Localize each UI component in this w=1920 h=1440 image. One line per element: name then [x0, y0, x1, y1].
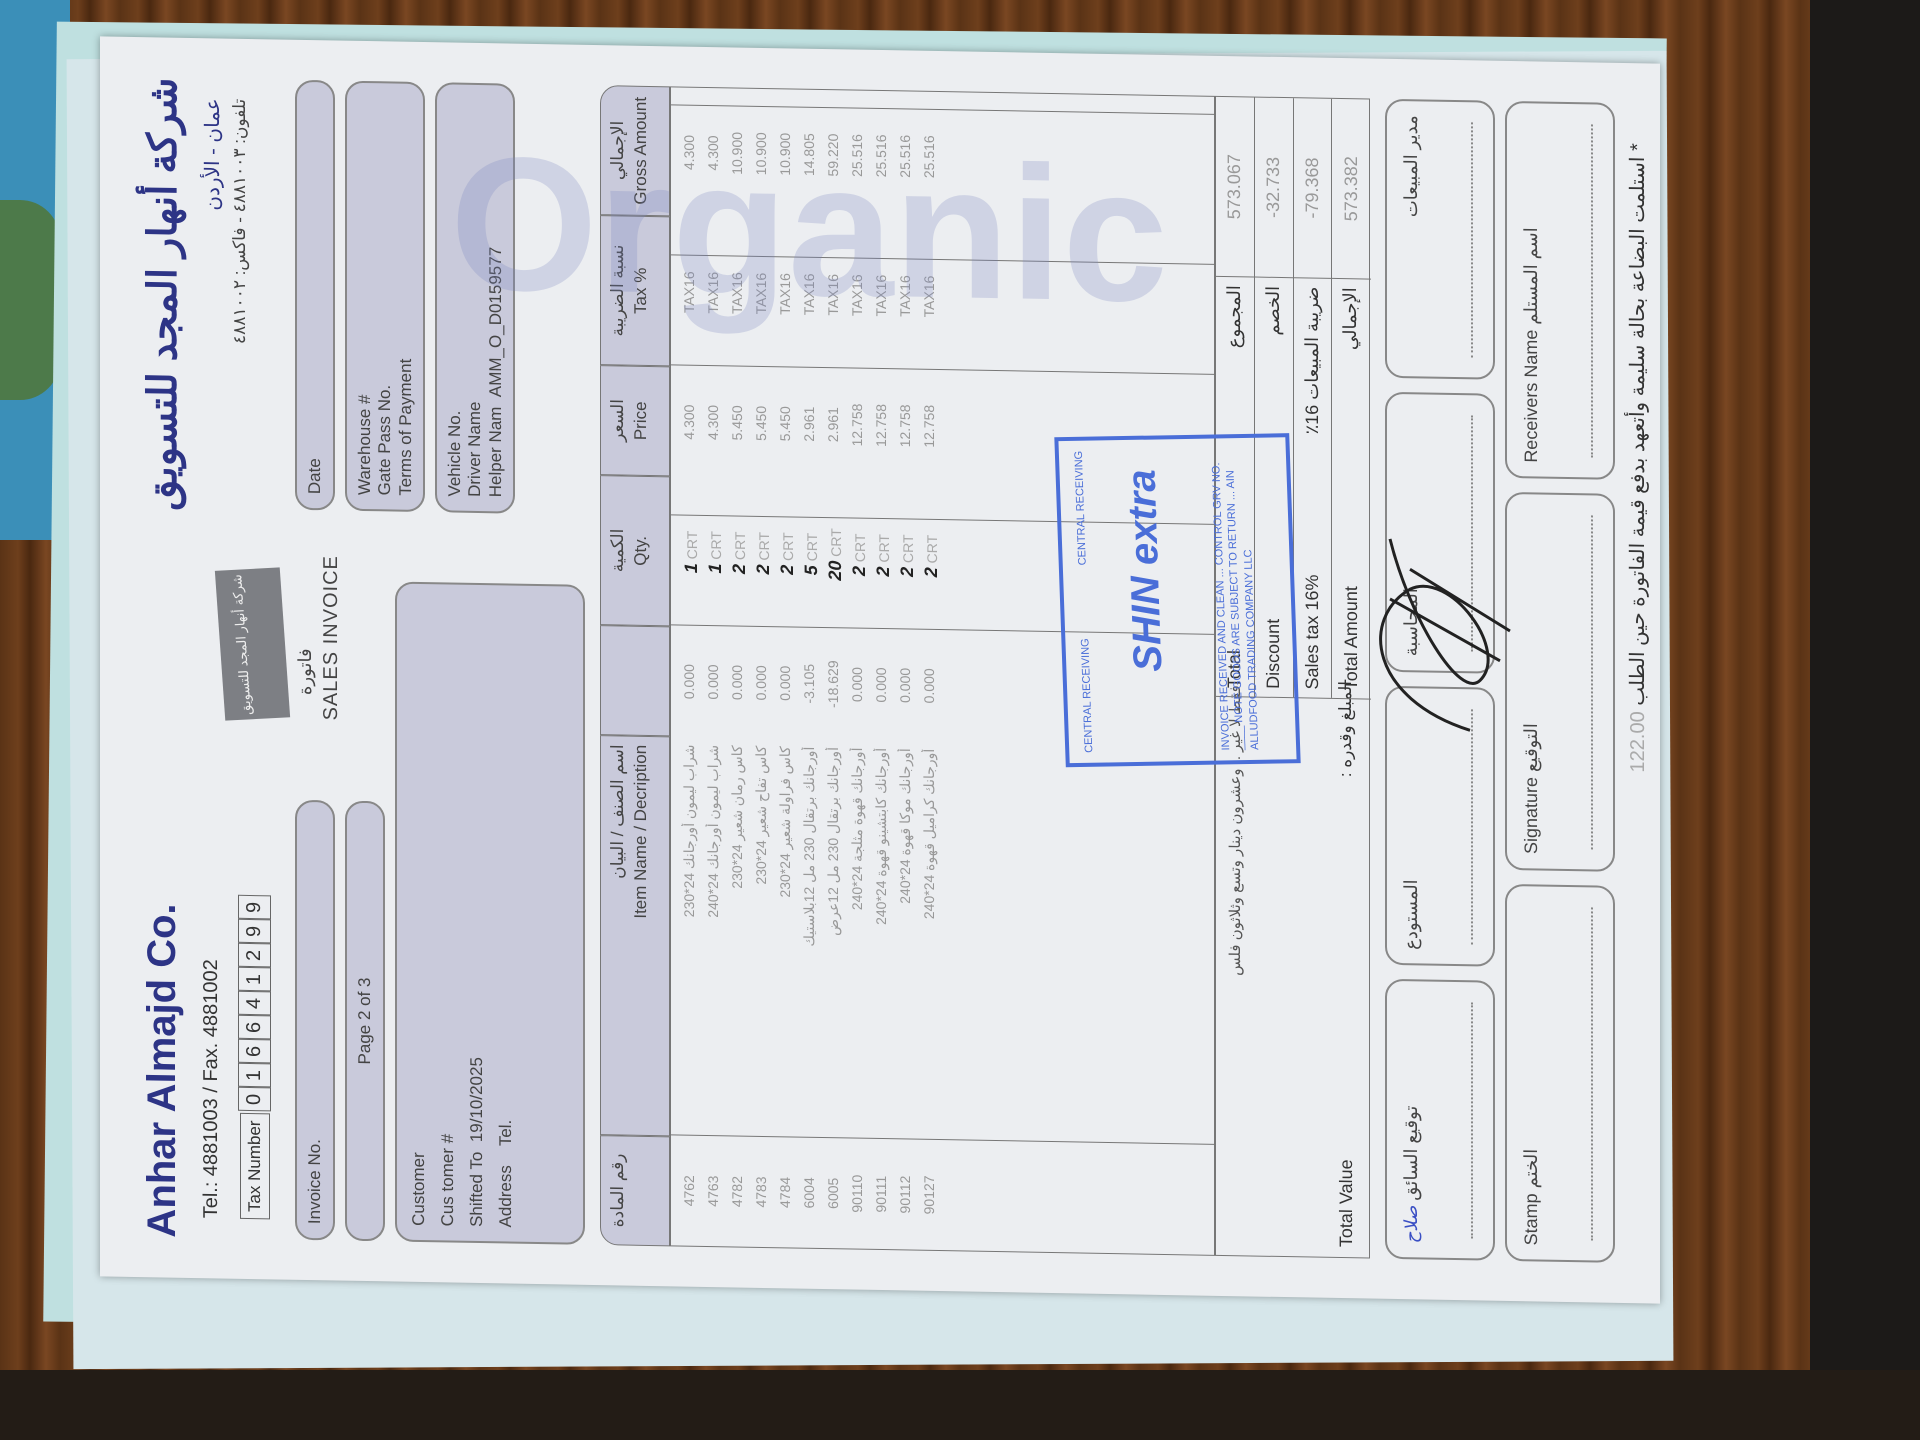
cell-name: أورجانك كراميل قهوة 24*240 — [921, 741, 945, 1141]
col-label-ar: الكمية — [607, 476, 630, 624]
driver-signature-box: توقيع السائق صلاح — [1385, 979, 1495, 1260]
cell-code: 4763 — [705, 1136, 729, 1246]
page-text: Page 2 of 3 — [355, 977, 374, 1064]
stamp-label: Stamp — [1521, 1193, 1541, 1245]
date-label: Date — [305, 458, 324, 494]
background-green-object — [0, 200, 60, 400]
invoice-photo: Anhar Almajd Co. شركة أنهار المجد للتسوي… — [90, 20, 1670, 1320]
cell-name: كاس فراولة شعير 24*230 — [777, 738, 801, 1138]
total-amount-label-ar: الإجمالي — [1332, 278, 1371, 479]
cell-code: 6004 — [801, 1138, 825, 1248]
tax-digit: 1 — [238, 1063, 271, 1088]
col-label-en: Price — [630, 367, 653, 475]
tax-number: Tax Number 0 1 6 6 4 1 2 9 9 — [238, 895, 271, 1219]
tax-digit: 9 — [238, 895, 271, 920]
cell-price: 12.758 — [849, 370, 873, 480]
invoice-number-field: Invoice No. — [295, 800, 335, 1241]
col-price: السعرPrice — [600, 365, 670, 476]
amount-in-words: فقط لا غير .. وعشرون دينار وتسع وثلاثون … — [1226, 685, 1244, 1245]
cell-qty: 5 CRT — [801, 479, 825, 629]
invoice-sheet: Anhar Almajd Co. شركة أنهار المجد للتسوي… — [100, 36, 1660, 1303]
cell-price: 12.758 — [873, 370, 897, 480]
stamp-brand: SHIN extra — [1119, 469, 1171, 672]
helper-label: Helper Nam — [486, 406, 505, 497]
stamp-label-right: CENTRAL RECEIVING — [1073, 451, 1089, 566]
cell-qty: 2 CRT — [753, 478, 777, 628]
cell-disc: 0.000 — [873, 630, 897, 740]
cell-qty: 1 CRT — [705, 477, 729, 627]
receiver-name-label-ar: اسم المستلم — [1521, 227, 1541, 325]
desk-dark-area — [1810, 0, 1920, 1440]
cell-name: أورجانك برتقال 230 مل 12بلاستيك — [801, 738, 825, 1138]
page-indicator: Page 2 of 3 — [345, 801, 385, 1242]
warehouse-info: Warehouse # Gate Pass No. Terms of Payme… — [345, 81, 425, 512]
tax-digit: 6 — [238, 1015, 271, 1040]
sales-manager-signature-box: مدير المبيعات — [1385, 99, 1495, 380]
cell-price: 5.450 — [729, 368, 753, 478]
cell-disc: -3.105 — [801, 629, 825, 739]
tax-digit: 4 — [238, 991, 271, 1016]
stamp-note: INVOICE RECEIVED AND CLEAN ... CONTROL G… — [1208, 438, 1262, 751]
sales-tax-value: -79.368 — [1302, 98, 1323, 277]
gate-pass-label: Gate Pass No. — [375, 97, 395, 495]
company-city-ar: عمان - الأردن — [200, 98, 225, 211]
cell-name: كاس تفاح شعير 24*230 — [753, 738, 777, 1138]
customer-info: Customer Cus tomer # Shifted To 19/10/20… — [395, 582, 585, 1245]
footer-handwritten: 122.00 — [1627, 711, 1649, 773]
cell-code: 90110 — [849, 1139, 873, 1249]
address-row: Address Tel. — [492, 599, 521, 1228]
col-code: رقم المادة — [600, 1135, 670, 1246]
warehouse-label: Warehouse # — [355, 97, 375, 495]
tax-digit: 0 — [238, 1087, 271, 1112]
cell-price: 5.450 — [753, 368, 777, 478]
driver-signature-label: توقيع السائق — [1401, 1105, 1421, 1200]
cell-name: أورجانك موكا قهوة 24*240 — [897, 740, 921, 1140]
customer-label: Customer — [405, 598, 434, 1227]
document-title-ar: فاتورة — [295, 648, 316, 695]
discount-value: -32.733 — [1263, 98, 1284, 277]
receiver-name-label: Receivers Name — [1521, 329, 1541, 462]
col-label-ar: السعر — [607, 366, 630, 474]
company-name-en: Anhar Almajd Co. — [140, 903, 185, 1238]
desk-bottom-edge — [0, 1370, 1920, 1440]
cell-disc: 0.000 — [729, 627, 753, 737]
tax-number-label: Tax Number — [240, 1113, 270, 1219]
tax-digit: 1 — [238, 967, 271, 992]
cell-disc: 0.000 — [921, 631, 945, 741]
col-label-en: Item Name / Decription — [630, 745, 653, 1135]
driver-handwritten-name: صلاح — [1401, 1205, 1421, 1243]
document-title: SALES INVOICE — [320, 555, 343, 721]
handwritten-signature — [1350, 518, 1530, 741]
tax-digit: 6 — [238, 1039, 271, 1064]
watermark-logo: Organic — [450, 115, 1168, 346]
signature-label: Signature — [1521, 777, 1541, 854]
cell-code: 6005 — [825, 1138, 849, 1248]
cell-disc: 0.000 — [897, 630, 921, 740]
cell-price: 4.300 — [681, 367, 705, 477]
cell-name: أورجانك كابتشينو قهوة 24*240 — [873, 740, 897, 1140]
col-label-en: Qty. — [630, 477, 653, 625]
tax-digit: 2 — [238, 943, 271, 968]
shifted-date: 19/10/2025 — [467, 1057, 486, 1142]
customer-number-label: Cus tomer # — [434, 598, 463, 1227]
cell-disc: 0.000 — [705, 627, 729, 737]
sales-tax-label: Sales tax 16% — [1302, 477, 1323, 697]
footer-declaration: * استلمت البضاعة بحالة سليمة وأتعهد بدفع… — [1625, 143, 1650, 773]
cell-code: 90127 — [921, 1140, 945, 1250]
col-item-name: اسم الصنف / البيانItem Name / Decription — [600, 735, 670, 1136]
total-value-label: Total Value — [1336, 1159, 1357, 1247]
cell-name: شراب ليمون أورجانك 24*230 — [681, 736, 705, 1136]
cell-price: 12.758 — [921, 371, 945, 481]
col-label-ar: رقم المادة — [607, 1136, 630, 1244]
total-amount-value: 573.382 — [1341, 99, 1362, 278]
cell-name: كاس رمان شعير 24*230 — [729, 737, 753, 1137]
invoice-number-label: Invoice No. — [305, 1139, 324, 1224]
col-qty: الكميةQty. — [600, 475, 670, 626]
shifted-to-row: Shifted To 19/10/2025 — [463, 599, 492, 1228]
cell-qty: 1 CRT — [681, 477, 705, 627]
cell-qty: 2 CRT — [777, 479, 801, 629]
cell-name: أورجانك برتقال 230 مل 12عرض — [825, 739, 849, 1139]
company-contacts-ar: تلفون: ٤٨٨١٠٠٣ - فاكس: ٤٨٨١٠٠٢ — [230, 99, 250, 345]
company-logo-stamp: شركة أنهار المجد للتسويق — [215, 567, 290, 720]
cell-price: 4.300 — [705, 367, 729, 477]
sales-manager-label: مدير المبيعات — [1401, 115, 1421, 217]
col-discount — [600, 625, 670, 736]
total-value: 573.067 — [1224, 97, 1245, 276]
company-tel-fax: Tel.: 4881003 / Fax. 4881002 — [200, 959, 223, 1218]
date-field: Date — [295, 80, 335, 511]
cell-name: أورجانك قهوة مثلجة 24*240 — [849, 739, 873, 1139]
cell-price: 2.961 — [825, 370, 849, 480]
address-label: Address — [496, 1165, 515, 1228]
cell-disc: 0.000 — [681, 627, 705, 737]
stamp-box: Stamp الختم — [1505, 884, 1615, 1263]
cell-price: 5.450 — [777, 369, 801, 479]
warehouse-signature-label: المستودع — [1401, 879, 1421, 950]
cell-qty: 2 CRT — [849, 480, 873, 630]
company-name-ar: شركة أنهار المجد للتسويق — [140, 77, 186, 511]
cell-qty: 2 CRT — [921, 481, 945, 631]
col-label-ar: اسم الصنف / البيان — [607, 744, 630, 1134]
receiving-stamp: CENTRAL RECEIVING CENTRAL RECEIVING SHIN… — [1054, 433, 1300, 767]
cell-disc: 0.000 — [777, 628, 801, 738]
tel-label: Tel. — [496, 1120, 515, 1147]
footer-note: * استلمت البضاعة بحالة سليمة وأتعهد بدفع… — [1627, 143, 1649, 706]
receiver-name-box: Receivers Name اسم المستلم — [1505, 101, 1615, 480]
cell-code: 4783 — [753, 1137, 777, 1247]
sales-tax-row: Sales tax 16%ضريبة المبيعات 16٪-79.368 — [1294, 98, 1333, 698]
shifted-to-label: Shifted To — [467, 1151, 486, 1227]
sales-tax-label-ar: ضريبة المبيعات 16٪ — [1294, 277, 1332, 478]
terms-label: Terms of Payment — [396, 98, 416, 496]
stamp-label-left: CENTRAL RECEIVING — [1079, 638, 1095, 753]
cell-disc: 0.000 — [753, 628, 777, 738]
cell-qty: 2 CRT — [897, 481, 921, 631]
cell-qty: 20 CRT — [825, 479, 849, 629]
stamp-label-ar: الختم — [1521, 1149, 1541, 1189]
cell-price: 12.758 — [897, 371, 921, 481]
cell-qty: 2 CRT — [729, 478, 753, 628]
cell-qty: 2 CRT — [873, 480, 897, 630]
cell-disc: -18.629 — [825, 629, 849, 739]
cell-disc: 0.000 — [849, 630, 873, 740]
cell-code: 90112 — [897, 1139, 921, 1249]
cell-price: 2.961 — [801, 369, 825, 479]
cell-code: 4782 — [729, 1137, 753, 1247]
cell-name: شراب ليمون أورجانك 24*240 — [705, 737, 729, 1137]
cell-code: 90111 — [873, 1139, 897, 1249]
cell-code: 4762 — [681, 1136, 705, 1246]
cell-code: 4784 — [777, 1137, 801, 1247]
tax-digit: 9 — [238, 919, 271, 944]
